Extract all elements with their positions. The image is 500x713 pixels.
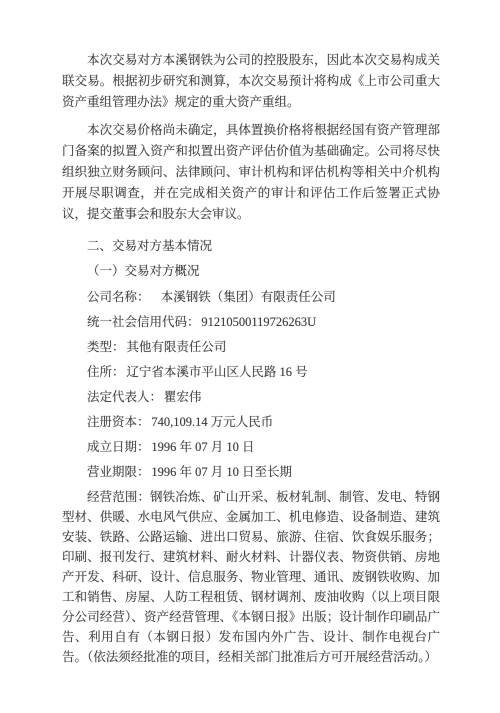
intro-paragraph-2: 本次交易价格尚未确定，具体置换价格将根据经国有资产管理部门备案的拟置入资产和拟置…	[62, 120, 440, 225]
field-row-registered-capital: 注册资本：740,109.14 万元人民币	[62, 412, 440, 432]
field-row-company-name: 公司名称：本溪钢铁（集团）有限责任公司	[62, 287, 440, 307]
field-value: 辽宁省本溪市平山区人民路 16 号	[126, 365, 307, 379]
field-row-credit-code: 统一社会信用代码：91210500119726263U	[62, 312, 440, 332]
subsection-heading: （一）交易对方概况	[62, 261, 440, 282]
field-value: 瞿宏伟	[164, 390, 202, 404]
field-label: 成立日期：	[87, 440, 150, 454]
field-label: 法定代表人：	[87, 390, 162, 404]
field-value: 其他有限责任公司	[126, 340, 226, 354]
field-value: 本溪钢铁（集团）有限责任公司	[161, 290, 336, 304]
field-value: 1996 年 07 月 10 日	[151, 440, 254, 454]
field-label: 注册资本：	[87, 415, 150, 429]
field-row-company-type: 类型：其他有限责任公司	[62, 337, 440, 357]
document-page: 本次交易对方本溪钢铁为公司的控股股东，因此本次交易构成关联交易。根据初步研究和测…	[0, 0, 500, 713]
field-label: 住所：	[87, 365, 125, 379]
field-label: 公司名称：	[87, 290, 150, 304]
section-heading: 二、交易对方基本情况	[62, 236, 440, 257]
field-value: 740,109.14 万元人民币	[151, 415, 273, 429]
field-value: 91210500119726263U	[201, 315, 316, 329]
field-label: 统一社会信用代码：	[87, 315, 200, 329]
intro-paragraph-1: 本次交易对方本溪钢铁为公司的控股股东，因此本次交易构成关联交易。根据初步研究和测…	[62, 50, 440, 113]
field-label: 类型：	[87, 340, 125, 354]
field-label: 营业期限：	[87, 465, 150, 479]
field-row-business-term: 营业期限：1996 年 07 月 10 日至长期	[62, 462, 440, 482]
field-value: 1996 年 07 月 10 日至长期	[151, 465, 292, 479]
field-row-address: 住所：辽宁省本溪市平山区人民路 16 号	[62, 362, 440, 382]
business-scope-paragraph: 经营范围：钢铁冶炼、矿山开采、板材轧制、制管、发电、特钢型材、供暖、水电风气供应…	[62, 487, 440, 667]
field-row-legal-representative: 法定代表人：瞿宏伟	[62, 387, 440, 407]
field-row-establish-date: 成立日期：1996 年 07 月 10 日	[62, 437, 440, 457]
